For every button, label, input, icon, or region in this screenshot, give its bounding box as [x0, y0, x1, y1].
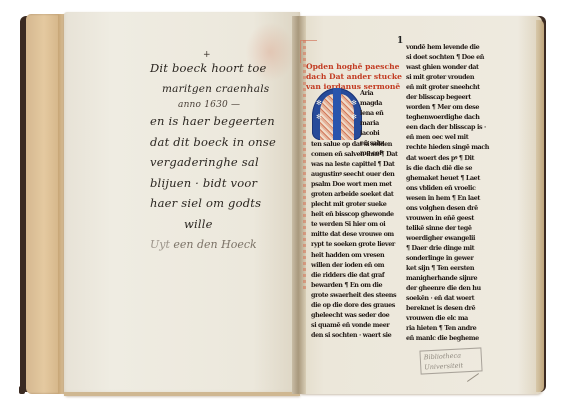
text-line: teghenwoerdighe dach — [406, 112, 498, 122]
text-line: der gheenre die den hu — [406, 283, 498, 293]
text-line: worden ¶ Mer om dese — [406, 102, 498, 112]
inscription-line: blijuen · bidt voor — [150, 173, 300, 194]
rubric-line: dach Dat ander stucke — [306, 72, 400, 82]
inscription-line: wille — [150, 214, 300, 235]
text-line: ria hieten ¶ Ten andre — [406, 323, 498, 333]
text-line: bewarden ¶ En om die — [311, 280, 401, 290]
text-line: rypt te soeken grote liever — [311, 239, 401, 249]
signature-prefix: Uyt — [150, 238, 170, 251]
text-line: Aria — [360, 88, 402, 98]
binding-cord — [19, 386, 25, 394]
faint-signature: Uyt een den Hoeck — [150, 238, 257, 251]
text-line: woerdigher ewangelii — [406, 233, 498, 243]
text-line: si quamē eñ vonde meer — [311, 320, 401, 330]
text-line: eñ men oec wel mit — [406, 132, 498, 142]
text-line: ons vbliden eñ vroelic — [406, 183, 498, 193]
text-line: wesen in hem ¶ En laet — [406, 193, 498, 203]
text-line: ten salue op dat si solden — [311, 139, 401, 149]
text-line: vrouwen in eñē geest — [406, 213, 498, 223]
text-line: is die dach diē die se — [406, 163, 498, 173]
stamp-line: Universiteit — [424, 360, 478, 373]
inscription-line: Dit boeck hoort toe — [150, 58, 300, 79]
text-line: iacobi — [360, 128, 402, 138]
text-line: rechte hieden singē mach — [406, 142, 498, 152]
text-line: te werden Si hier om oi — [311, 219, 401, 229]
text-line: manigherhande sijnre — [406, 273, 498, 283]
text-line: comen eñ salven ihm ¶ Dat — [311, 149, 401, 159]
ownership-inscription: + Dit boeck hoort toe maritgen craenhals… — [150, 58, 300, 234]
text-line: ket sijn ¶ Ten eersten — [406, 263, 498, 273]
text-line: lena eñ — [360, 108, 402, 118]
text-line: ¶ Daer drie dinge mit — [406, 243, 498, 253]
text-line: eñ mit groter sneehcht — [406, 82, 498, 92]
ornament-icon: ✻ — [351, 114, 357, 121]
text-line: groten arbeide soeket dat — [311, 189, 401, 199]
text-line: plecht mit groter sueke — [311, 199, 401, 209]
ornament-icon: ✻ — [316, 114, 322, 121]
red-rubric-heading: Opden hoghē paesche dach Dat ander stuck… — [306, 62, 400, 91]
text-line: telikē sinne der tegē — [406, 223, 498, 233]
inscription-line: maritgen craenhals — [150, 79, 300, 100]
inscription-date: anno 1630 — — [150, 99, 300, 111]
text-line: soekēn · eñ dat woert — [406, 293, 498, 303]
text-line: ons volghen desen drē — [406, 203, 498, 213]
text-line: augustinꝰ seecht ouer den — [311, 169, 401, 179]
inscription-line: en is haer begeerten — [150, 111, 300, 132]
text-line: ghemaket heuet ¶ Laet — [406, 173, 498, 183]
right-page-edge — [536, 20, 544, 392]
inscription-line: vergaderinghe sal — [150, 152, 300, 173]
text-line: was na leste capittel ¶ Dat — [311, 159, 401, 169]
text-column-left: ten salue op dat si solden comen eñ salv… — [311, 139, 401, 340]
text-line: si doet sochten ¶ Doe eñ — [406, 52, 498, 62]
text-line: die op die dore des graues — [311, 300, 401, 310]
inscription-line: haer siel om godts — [150, 193, 300, 214]
text-line: grote swaerheit des steens — [311, 290, 401, 300]
text-line: vondē hem levende die — [406, 42, 498, 52]
rubric-line: Opden hoghē paesche — [306, 62, 400, 72]
text-line: dat woert des pꝰ ¶ Dit — [406, 153, 498, 163]
inscription-line: dat dit boeck in onse — [150, 132, 300, 153]
ornament-icon: ✻ — [316, 100, 322, 107]
ornament-icon: ✻ — [351, 100, 357, 107]
text-line: heit eñ bisscop ghewonde — [311, 209, 401, 219]
text-line: si mit groter vrouden — [406, 72, 498, 82]
text-line: maria — [360, 118, 402, 128]
text-line: willen der ioden eñ om — [311, 260, 401, 270]
text-column-right: vondē hem levende die si doet sochten ¶ … — [406, 42, 498, 343]
illuminated-initial-m: ✻ ✻ ✻ ✻ — [312, 88, 362, 140]
text-line: magda — [360, 98, 402, 108]
cross-mark: + — [203, 50, 211, 60]
signature-text: een den Hoeck — [173, 238, 256, 251]
manuscript-photo: + Dit boeck hoort toe maritgen craenhals… — [0, 0, 567, 414]
text-line: vrouwen die elc ma — [406, 313, 498, 323]
left-page-edge — [64, 392, 300, 396]
text-line: die ridders die dat graf — [311, 270, 401, 280]
folio-number: 1 — [397, 36, 403, 46]
text-line: gheleecht was seder doe — [311, 310, 401, 320]
library-stamp: Bibliotheca Universiteit — [419, 347, 482, 374]
text-line: sonderlinge in gewer — [406, 253, 498, 263]
text-line: der blisscap begeert — [406, 92, 498, 102]
text-line: een dach der blisscap is · — [406, 122, 498, 132]
text-line: bereknet is desen drē — [406, 303, 498, 313]
text-line: psalm Doe wort men met — [311, 179, 401, 189]
text-line: mitte dat dese vrouwe om — [311, 229, 401, 239]
text-line: eñ manlc die begheme — [406, 333, 498, 343]
initial-stem — [333, 88, 341, 140]
text-line: wast ghien wonder dat — [406, 62, 498, 72]
text-line: den si sochten · waert sie — [311, 330, 401, 340]
text-line: heit hadden om vresen — [311, 250, 401, 260]
